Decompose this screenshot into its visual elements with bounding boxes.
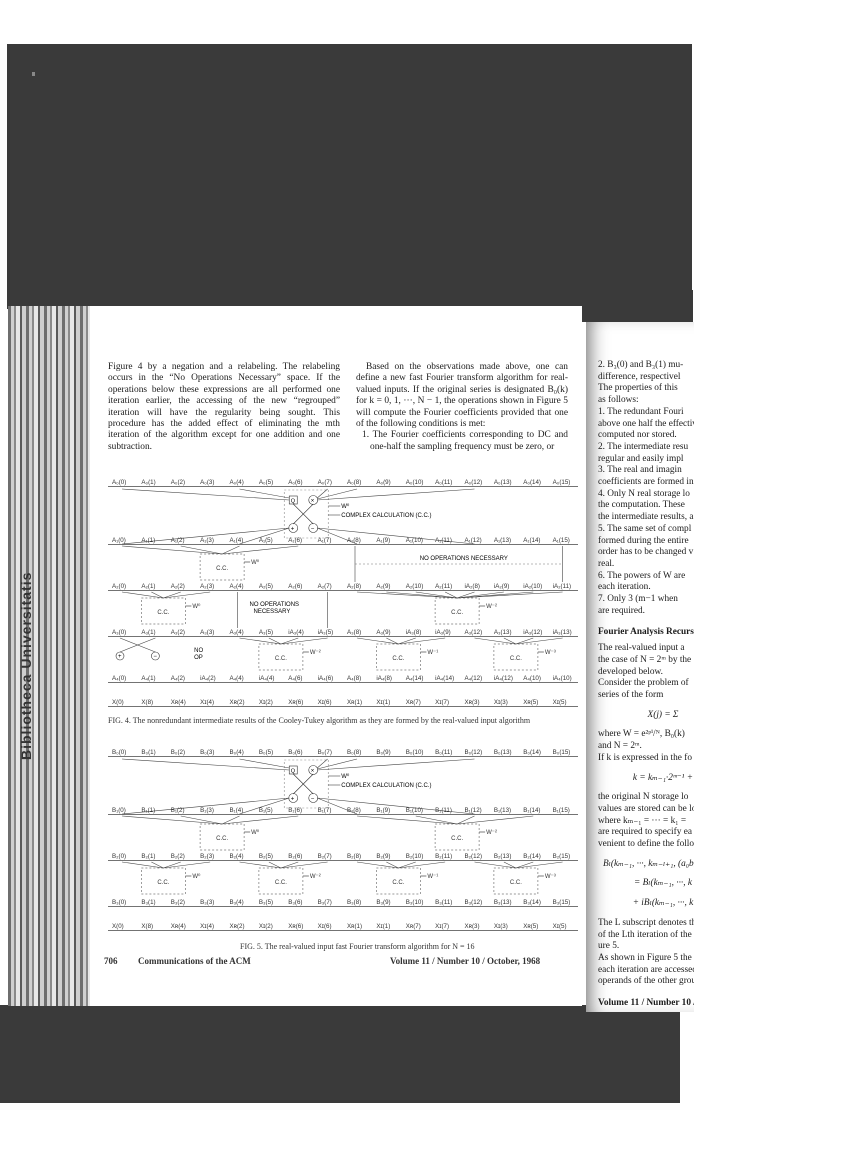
- text-line: the case of N = 2ᵐ by the: [598, 655, 694, 667]
- row-a1-label: A₁(13): [494, 537, 511, 544]
- add-label: +: [291, 797, 295, 803]
- row-a3-label: A₃(2): [171, 629, 185, 636]
- cc-label: C.C.: [510, 656, 522, 662]
- input-line: [240, 759, 290, 768]
- butterfly-line: [163, 862, 210, 868]
- row-x-fig4-label: Xʀ(6): [288, 699, 303, 706]
- text-line: The properties of this: [598, 383, 694, 395]
- row-a4-label: A₄(14): [406, 675, 424, 682]
- row-x-fig5-label: Xʀ(4): [171, 923, 186, 930]
- text-line: 6. The powers of W are: [598, 571, 694, 583]
- row-x-fig5-label: Xɪ(1): [376, 923, 390, 930]
- row-a0-label: A₀(5): [259, 479, 273, 486]
- row-b0-label: B₀(0): [112, 749, 126, 756]
- row-a2-label: A₂(6): [288, 583, 302, 590]
- text-line: where W = e²ᵖⁱ/ᴺ, B₀(k): [598, 729, 694, 741]
- row-a3-label: iA₃(5): [318, 629, 334, 636]
- row-a3-label: A₃(0): [112, 629, 126, 636]
- row-a4-label: iA₄(4): [259, 675, 275, 682]
- row-b1-label: B₁(7): [318, 807, 332, 814]
- left-page: Figure 4 by a negation and a relabeling.…: [90, 306, 582, 1006]
- row-x-fig4-label: Xʀ(3): [465, 699, 480, 706]
- scan-background-right: [580, 290, 693, 322]
- subtract-label: −: [153, 654, 157, 660]
- row-a0-label: A₀(2): [171, 479, 185, 486]
- row-a3-label: iA₃(8): [406, 629, 422, 636]
- no-operations-label: NECESSARY: [254, 609, 291, 615]
- cc-label: C.C.: [451, 610, 463, 616]
- row-a0-label: A₀(13): [494, 479, 512, 486]
- text-line: venient to define the follo: [598, 839, 694, 851]
- input-line: [122, 489, 289, 500]
- row-a0-label: A₀(9): [376, 479, 390, 486]
- row-a4-label: iA₄(8): [376, 675, 392, 682]
- row-b0-label: B₀(10): [406, 749, 424, 756]
- text-line: developed below.: [598, 667, 694, 679]
- row-b2-label: B₂(14): [523, 853, 541, 860]
- row-b2-label: B₂(0): [112, 853, 126, 860]
- row-b1-label: B₁(4): [230, 807, 244, 814]
- butterfly-line: [222, 546, 298, 554]
- row-a0-label: A₀(7): [318, 479, 332, 486]
- text-line: the computation. These: [598, 500, 694, 512]
- row-a2-label: iA₂(11): [553, 583, 571, 590]
- row-x-fig5-label: Xɪ(2): [259, 923, 273, 930]
- row-b3-label: B₃(3): [200, 899, 214, 906]
- add-label: +: [291, 527, 295, 533]
- row-b2-label: B₂(3): [200, 853, 214, 860]
- page-number: 706: [104, 956, 118, 966]
- section-heading: Fourier Analysis Recursi: [598, 627, 694, 639]
- twiddle-factor: W⁻¹: [427, 874, 438, 880]
- row-a0-label: A₀(8): [347, 479, 361, 486]
- row-b2-label: B₂(15): [553, 853, 571, 860]
- text-line: regular and easily impl: [598, 454, 694, 466]
- row-a1-label: A₁(11): [435, 537, 452, 544]
- subtract-label: −: [311, 797, 315, 803]
- text-line: each iteration are accessed: [598, 965, 694, 977]
- butterfly-line: [163, 592, 210, 598]
- row-b3-label: B₃(15): [553, 899, 571, 906]
- text-line: as follows:: [598, 395, 694, 407]
- right-page: 2. B₃(0) and B₃(1) mu- difference, respe…: [586, 322, 694, 1012]
- row-x-fig4-label: Xɪ(4): [200, 699, 214, 706]
- row-a2-label: iA₂(10): [523, 583, 542, 590]
- row-a1-label: A₁(7): [318, 537, 332, 544]
- row-b0-label: B₀(8): [347, 749, 361, 756]
- row-x-fig4-label: Xɪ(1): [376, 699, 390, 706]
- row-x-fig5-label: Xɪ(4): [200, 923, 214, 930]
- cc-label: C.C.: [157, 610, 169, 616]
- scan-background-top: [7, 44, 692, 309]
- text-line: The real-valued input a: [598, 643, 694, 655]
- twiddle-factor: W⁰: [192, 603, 201, 610]
- row-b0-label: B₀(6): [288, 749, 302, 756]
- text-line: where kₘ₋₁ = ··· = k₁ =: [598, 816, 694, 828]
- row-x-fig5-label: X(8): [141, 923, 153, 930]
- text-line: 4. Only N real storage lo: [598, 489, 694, 501]
- no-op-label: OP: [194, 655, 203, 661]
- row-a0-label: A₀(15): [553, 479, 571, 486]
- text-line: are required.: [598, 606, 694, 618]
- row-a2-label: A₂(3): [200, 583, 214, 590]
- row-b1-label: B₁(14): [523, 807, 540, 814]
- row-a2-label: A₂(5): [259, 583, 273, 590]
- row-b2-label: B₂(2): [171, 853, 185, 860]
- row-x-fig4-label: Xɪ(3): [494, 699, 508, 706]
- row-a2-label: A₂(9): [376, 583, 390, 590]
- row-b3-label: B₃(6): [288, 899, 302, 906]
- row-b2-label: B₂(11): [435, 853, 452, 860]
- row-b3-label: B₃(1): [141, 899, 155, 906]
- butterfly-line: [457, 816, 533, 824]
- row-b3-label: B₃(9): [376, 899, 390, 906]
- input-line: [240, 489, 290, 498]
- row-b3-label: B₃(12): [465, 899, 483, 906]
- text-column-1: Figure 4 by a negation and a relabeling.…: [108, 362, 340, 453]
- input-line: [122, 759, 289, 770]
- text-line: If k is expressed in the fo: [598, 753, 694, 765]
- row-a1-label: A₁(4): [230, 537, 244, 544]
- row-a4-label: iA₄(10): [553, 675, 572, 682]
- row-b3-label: B₃(11): [435, 899, 452, 906]
- complex-calculation-label: COMPLEX CALCULATION (C.C.): [341, 513, 431, 519]
- row-a2-label: A₂(11): [435, 583, 452, 590]
- cc-label: C.C.: [157, 880, 169, 886]
- text-line: real.: [598, 559, 694, 571]
- row-b3-label: B₃(2): [171, 899, 185, 906]
- row-b0-label: B₀(14): [523, 749, 541, 756]
- row-a3-label: A₃(3): [200, 629, 214, 636]
- row-a1-label: A₁(3): [200, 537, 214, 544]
- row-a0-label: A₀(4): [230, 479, 244, 486]
- butterfly-line: [222, 816, 298, 824]
- row-b1-label: B₁(11): [435, 807, 452, 814]
- row-a1-label: A₁(0): [112, 537, 126, 544]
- multiply-label: ×: [311, 769, 315, 775]
- butterfly-line: [516, 638, 563, 644]
- row-a4-label: A₄(10): [523, 675, 541, 682]
- cc-label: C.C.: [392, 880, 404, 886]
- cc-label: C.C.: [392, 656, 404, 662]
- cc-label: C.C.: [275, 880, 287, 886]
- cc-label: C.C.: [451, 836, 463, 842]
- row-x-fig5-label: X(0): [112, 923, 124, 930]
- row-a3-label: iA₃(9): [435, 629, 451, 636]
- text-line: of the Lth iteration of the: [598, 930, 694, 942]
- row-a4-label: A₄(0): [112, 675, 126, 682]
- row-a4-label: iA₄(14): [435, 675, 454, 682]
- butterfly-line: [357, 592, 457, 598]
- butterfly-line: [357, 816, 457, 824]
- row-b0-label: B₀(1): [141, 749, 155, 756]
- row-a1-label: A₁(2): [171, 537, 185, 544]
- equation: = Bₗ(kₘ₋₁, ···, k: [598, 878, 694, 890]
- twiddle-factor: W⁻¹: [427, 650, 438, 656]
- no-op-label: NO: [194, 648, 203, 654]
- twiddle-factor: W⁰: [251, 559, 260, 566]
- input-line: [317, 759, 474, 770]
- twiddle-factor: W⁻³: [545, 650, 556, 656]
- row-b3-label: B₃(4): [230, 899, 244, 906]
- row-x-fig4-label: Xɪ(7): [435, 699, 449, 706]
- right-page-text: 2. B₃(0) and B₃(1) mu- difference, respe…: [598, 360, 694, 1012]
- twiddle-factor: W⁻²: [486, 830, 497, 836]
- paragraph: Based on the observations made above, on…: [356, 362, 568, 430]
- text-line: 2. B₃(0) and B₃(1) mu-: [598, 360, 694, 372]
- row-a2-label: A₂(2): [171, 583, 185, 590]
- complex-calculation-label: COMPLEX CALCULATION (C.C.): [341, 783, 431, 789]
- row-b1-label: B₁(12): [465, 807, 482, 814]
- row-b3-label: B₃(10): [406, 899, 424, 906]
- volume-info: Volume 11 / Number 10 / O: [598, 998, 694, 1010]
- row-a1-label: A₁(12): [465, 537, 482, 544]
- text-line: 5. The same set of compl: [598, 524, 694, 536]
- row-b3-label: B₃(7): [318, 899, 332, 906]
- text-line: 1. The redundant Fouri: [598, 407, 694, 419]
- cc-label: C.C.: [216, 566, 228, 572]
- row-a2-label: A₂(8): [347, 583, 361, 590]
- row-x-fig5-label: Xʀ(7): [406, 923, 421, 930]
- row-b0-label: B₀(9): [376, 749, 390, 756]
- text-line: 3. The real and imagin: [598, 465, 694, 477]
- row-a1-label: A₁(9): [376, 537, 390, 544]
- row-b1-label: B₁(0): [112, 807, 126, 814]
- row-b0-label: B₀(3): [200, 749, 214, 756]
- row-b2-label: B₂(9): [376, 853, 390, 860]
- row-x-fig4-label: Xʀ(7): [406, 699, 421, 706]
- row-b0-label: B₀(5): [259, 749, 273, 756]
- figure-4-diagram: A₀(0)A₀(1)A₀(2)A₀(3)A₀(4)A₀(5)A₀(6)A₀(7)…: [108, 476, 578, 721]
- text-line: above one half the effective: [598, 419, 694, 431]
- row-a4-label: A₄(6): [288, 675, 302, 682]
- row-a1-label: A₁(15): [553, 537, 570, 544]
- row-x-fig4-label: X(8): [141, 699, 153, 706]
- row-a3-label: iA₃(12): [523, 629, 542, 636]
- row-a4-label: A₄(8): [347, 675, 361, 682]
- butterfly-line: [416, 816, 457, 824]
- equation: X(j) = Σ: [598, 710, 694, 722]
- row-a4-label: A₄(1): [141, 675, 155, 682]
- butterfly-line: [181, 816, 222, 824]
- q-label: Q: [291, 769, 296, 775]
- row-a1-label: A₁(1): [141, 537, 155, 544]
- figure-4-caption: FIG. 4. The nonredundant intermediate re…: [108, 716, 530, 725]
- row-b1-label: B₁(1): [141, 807, 155, 814]
- butterfly-line: [398, 862, 445, 868]
- twiddle-factor: W⁻²: [310, 874, 321, 880]
- row-b2-label: B₂(7): [318, 853, 332, 860]
- row-b1-label: B₁(13): [494, 807, 511, 814]
- row-a0-label: A₀(0): [112, 479, 126, 486]
- row-b2-label: B₂(4): [230, 853, 244, 860]
- row-a3-label: A₃(12): [465, 629, 483, 636]
- row-b2-label: B₂(8): [347, 853, 361, 860]
- journal-name: Communications of the ACM: [138, 956, 251, 966]
- row-b1-label: B₁(2): [171, 807, 185, 814]
- twiddle-factor: W⁻²: [486, 604, 497, 610]
- row-b1-label: B₁(3): [200, 807, 214, 814]
- row-b0-label: B₀(12): [465, 749, 483, 756]
- text-line: 7. Only 3 (m−1 when: [598, 594, 694, 606]
- volume-info: Volume 11 / Number 10 / October, 1968: [390, 956, 540, 966]
- cc-label: C.C.: [510, 880, 522, 886]
- text-line: series of the form: [598, 690, 694, 702]
- row-x-fig5-label: Xɪ(3): [494, 923, 508, 930]
- row-a3-label: iA₃(13): [553, 629, 572, 636]
- paragraph: Figure 4 by a negation and a relabeling.…: [108, 362, 340, 453]
- row-b0-label: B₀(4): [230, 749, 244, 756]
- row-b2-label: B₂(13): [494, 853, 512, 860]
- butterfly-line: [181, 546, 222, 554]
- text-line: the intermediate results, a: [598, 512, 694, 524]
- no-operations-label: NO OPERATIONS: [250, 602, 300, 608]
- twiddle-factor: W⁰: [251, 829, 260, 836]
- text-line: each iteration.: [598, 582, 694, 594]
- row-x-fig4-label: Xʀ(4): [171, 699, 186, 706]
- row-a2-label: A₂(1): [141, 583, 155, 590]
- row-b0-label: B₀(7): [318, 749, 332, 756]
- text-line: the original N storage lo: [598, 792, 694, 804]
- row-x-fig4-label: Xʀ(5): [523, 699, 538, 706]
- condition-1: 1. The Fourier coefficients correspondin…: [356, 430, 568, 453]
- butterfly-line: [516, 862, 563, 868]
- butterfly-line: [457, 592, 563, 598]
- row-a0-label: A₀(11): [435, 479, 452, 486]
- text-column-2: Based on the observations made above, on…: [356, 362, 568, 453]
- add-label: +: [118, 654, 122, 660]
- row-x-fig4-label: Xɪ(5): [553, 699, 567, 706]
- row-b3-label: B₃(5): [259, 899, 273, 906]
- row-a0-label: A₀(14): [523, 479, 541, 486]
- row-b0-label: B₀(15): [553, 749, 571, 756]
- row-a3-label: A₃(13): [494, 629, 512, 636]
- text-line: formed during the entire: [598, 536, 694, 548]
- figure-5-diagram: B₀(0)B₀(1)B₀(2)B₀(3)B₀(4)B₀(5)B₀(6)B₀(7)…: [108, 746, 578, 946]
- row-x-fig5-label: Xʀ(2): [230, 923, 245, 930]
- row-a4-label: iA₄(6): [318, 675, 334, 682]
- row-x-fig5-label: Xɪ(7): [435, 923, 449, 930]
- row-a2-label: A₂(4): [230, 583, 244, 590]
- cc-label: C.C.: [275, 656, 287, 662]
- input-line: [317, 489, 474, 500]
- text-line: 2. The intermediate resu: [598, 442, 694, 454]
- row-x-fig5-label: Xɪ(6): [318, 923, 332, 930]
- row-a1-label: A₁(10): [406, 537, 423, 544]
- twiddle-factor: W⁰: [192, 873, 201, 880]
- butterfly-line: [281, 638, 328, 644]
- subtract-label: −: [311, 527, 315, 533]
- row-b2-label: B₂(12): [465, 853, 483, 860]
- row-a0-label: A₀(6): [288, 479, 302, 486]
- row-a3-label: A₃(8): [347, 629, 361, 636]
- row-a2-label: A₂(10): [406, 583, 424, 590]
- row-x-fig5-label: Xɪ(5): [553, 923, 567, 930]
- butterfly-line: [281, 862, 328, 868]
- row-x-fig5-label: Xʀ(5): [523, 923, 538, 930]
- text-line: difference, respectivel: [598, 372, 694, 384]
- row-b1-label: B₁(10): [406, 807, 423, 814]
- row-a0-label: A₀(10): [406, 479, 424, 486]
- row-a3-label: A₃(5): [259, 629, 273, 636]
- library-stamp: Bibliotheca Universitatis: [18, 520, 68, 760]
- row-a0-label: A₀(12): [465, 479, 483, 486]
- row-a3-label: iA₃(4): [288, 629, 304, 636]
- row-x-fig4-label: X(0): [112, 699, 124, 706]
- row-a4-label: A₄(4): [230, 675, 244, 682]
- text-line: ure 5.: [598, 941, 694, 953]
- row-a3-label: A₃(1): [141, 629, 155, 636]
- multiply-label: ×: [311, 499, 315, 505]
- row-a1-label: A₁(14): [523, 537, 540, 544]
- butterfly-line: [398, 638, 445, 644]
- equation: k = kₘ₋₁·2ᵐ⁻¹ +: [598, 773, 694, 785]
- scan-background-bottom: [0, 1005, 680, 1103]
- row-b2-label: B₂(5): [259, 853, 273, 860]
- row-a0-label: A₀(3): [200, 479, 214, 486]
- row-b1-label: B₁(9): [376, 807, 390, 814]
- equation: + iBₗ(kₘ₋₁, ···, k: [598, 898, 694, 910]
- row-b2-label: B₂(1): [141, 853, 155, 860]
- butterfly-line: [122, 816, 222, 824]
- row-a3-label: A₃(4): [230, 629, 244, 636]
- text-line: values are stored can be lo: [598, 804, 694, 816]
- q-label: Q: [291, 499, 296, 505]
- row-x-fig5-label: Xʀ(3): [465, 923, 480, 930]
- twiddle-factor: W⁰: [341, 773, 350, 780]
- cc-label: C.C.: [216, 836, 228, 842]
- row-b0-label: B₀(11): [435, 749, 452, 756]
- equation: Bₗ(kₘ₋₁, ···, kₘ₋ₗ₊₁, (a₀b₀ / b₁b₀): [598, 859, 694, 871]
- row-b3-label: B₃(0): [112, 899, 126, 906]
- twiddle-factor: W⁻²: [310, 650, 321, 656]
- row-b0-label: B₀(2): [171, 749, 185, 756]
- row-a1-label: A₁(8): [347, 537, 361, 544]
- row-x-fig4-label: Xɪ(2): [259, 699, 273, 706]
- text-line: computed nor stored.: [598, 430, 694, 442]
- row-b3-label: B₃(8): [347, 899, 361, 906]
- text-line: As shown in Figure 5 the: [598, 953, 694, 965]
- text-line: operands of the other grou: [598, 976, 694, 988]
- text-line: order has to be changed v: [598, 547, 694, 559]
- row-x-fig5-label: Xʀ(1): [347, 923, 362, 930]
- text-line: are required to specify ea: [598, 827, 694, 839]
- row-a1-label: A₁(6): [288, 537, 302, 544]
- row-a0-label: A₀(1): [141, 479, 155, 486]
- row-b1-label: B₁(5): [259, 807, 273, 814]
- butterfly-line: [122, 546, 222, 554]
- row-b1-label: B₁(15): [553, 807, 570, 814]
- row-a4-label: A₄(2): [171, 675, 185, 682]
- row-a1-label: A₁(5): [259, 537, 273, 544]
- row-a3-label: A₃(9): [376, 629, 390, 636]
- no-operations-label: NO OPERATIONS NECESSARY: [420, 556, 508, 562]
- row-a4-label: A₄(12): [465, 675, 483, 682]
- row-b2-label: B₂(10): [406, 853, 424, 860]
- row-b3-label: B₃(14): [523, 899, 541, 906]
- row-a4-label: iA₄(12): [494, 675, 513, 682]
- row-b3-label: B₃(13): [494, 899, 512, 906]
- row-x-fig4-label: Xɪ(6): [318, 699, 332, 706]
- text-line: coefficients are formed in: [598, 477, 694, 489]
- row-x-fig4-label: Xʀ(2): [230, 699, 245, 706]
- twiddle-factor: W⁰: [341, 503, 350, 510]
- row-b1-label: B₁(8): [347, 807, 361, 814]
- text-line: The L subscript denotes th: [598, 918, 694, 930]
- row-x-fig4-label: Xʀ(1): [347, 699, 362, 706]
- row-a2-label: iA₂(8): [465, 583, 480, 590]
- twiddle-factor: W⁻³: [545, 874, 556, 880]
